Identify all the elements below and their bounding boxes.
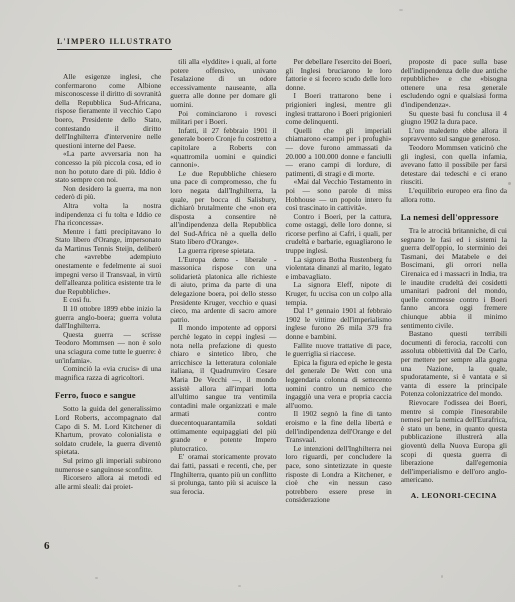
paragraph: Sotto la guida del generalissimo Lord Ro… [55,405,161,457]
paragraph: Su queste basi fu conclusa il 4 giugno 1… [401,110,507,127]
paragraph: Teodoro Mommsen vaticinò che gli inglesi… [401,144,507,187]
paragraph: E' oramai storicamente provato dai fatti… [170,453,276,496]
paragraph: L'oro maledetto ebbe allora il sopravven… [401,127,507,144]
paragraph: La signora Eleff, nipote di Kruger, fu u… [286,281,392,307]
paragraph: Poi cominciarono i rovesci militari per … [170,110,276,127]
paragraph: Ricorsero allora ai metodi ed alle armi … [55,474,161,491]
paragraph: «Mai dal Vecchio Testamento in poi — son… [286,178,392,212]
section-heading: Ferro, fuoco e sangue [55,391,161,400]
column-2: tili alla «lyddite» i quali, al forte po… [170,58,276,505]
scan-speck [441,575,443,578]
paragraph: Questa guerra — scrisse Teodoro Mommsen … [55,331,161,365]
paragraph: proposte di pace sulla base dell'indipen… [401,58,507,110]
paragraph: Per debellare l'esercito dei Boeri, gli … [286,58,392,92]
author-signature: A. LEONORI-CECINA [401,492,507,501]
paragraph: Infatti, il 27 febbraio 1901 il generale… [170,127,276,170]
paragraph: Cominciò la «via crucis» di una magnific… [55,365,161,382]
scan-speck [95,577,98,579]
paragraph: Le intenzioni dell'Inghilterra nei loro … [286,445,392,505]
column-4: proposte di pace sulla base dell'indipen… [401,58,507,505]
column-1: Alle esigenze inglesi, che confermarono … [55,58,161,505]
scan-speck [238,585,241,587]
paragraph: Sul primo gli imperiali subirono numeros… [55,457,161,474]
paragraph: Le due Repubbliche chiesero una pace di … [170,170,276,247]
paragraph: La signora Botha Rustenberg fu violentat… [286,256,392,282]
paragraph: Dal 1° gennaio 1901 al febbraio 1902 le … [286,307,392,341]
paragraph: Rievocare l'odissea dei Boeri, mentre si… [401,399,507,485]
magazine-page: L'IMPERO ILLUSTRATO Alle esigenze ingles… [0,0,515,602]
page-number: 6 [44,540,50,552]
paragraph: Tra le atrocità britanniche, di cui segn… [401,227,507,330]
paragraph: «La parte avversaria non ha concesso la … [55,150,161,184]
scan-speck [508,182,511,185]
paragraph: Contro i Boeri, per la cattura, come ost… [286,213,392,256]
running-head: L'IMPERO ILLUSTRATO [57,37,172,50]
section-heading: La nemesi dell'oppressore [401,213,507,222]
paragraph: Epica la figura ed epiche le gesta del g… [286,359,392,411]
paragraph: Alle esigenze inglesi, che confermarono … [55,73,161,150]
article-columns: Alle esigenze inglesi, che confermarono … [55,58,507,505]
paragraph: L'Europa demo - liberale - massonica ris… [170,256,276,325]
scan-speck [399,9,403,11]
paragraph: L'equilibrio europeo era fino da allora … [401,187,507,204]
paragraph: Mentre i fatti precipitavano lo Stato li… [55,228,161,297]
paragraph: I Boeri trattarono bene i prigionieri in… [286,92,392,126]
paragraph: Altra volta la nostra indipendenza ci fu… [55,202,161,228]
paragraph: Il mondo impotente ad opporsi perchè leg… [170,324,276,453]
paragraph: Non desidero la guerra, ma non cederò di… [55,185,161,202]
paragraph: Fallite nuove trattative di pace, le gue… [286,342,392,359]
paragraph: Il 10 ottobre 1899 ebbe inizio la guerra… [55,305,161,331]
column-3: Per debellare l'esercito dei Boeri, gli … [286,58,392,505]
paragraph: Il 1902 segnò la fine di tanto eroismo e… [286,410,392,444]
paragraph: tili alla «lyddite» i quali, al forte po… [170,58,276,110]
paragraph: Quelli che gli imperiali chiamarono «cam… [286,127,392,179]
paragraph: Bastano questi terribili documenti di fe… [401,330,507,399]
